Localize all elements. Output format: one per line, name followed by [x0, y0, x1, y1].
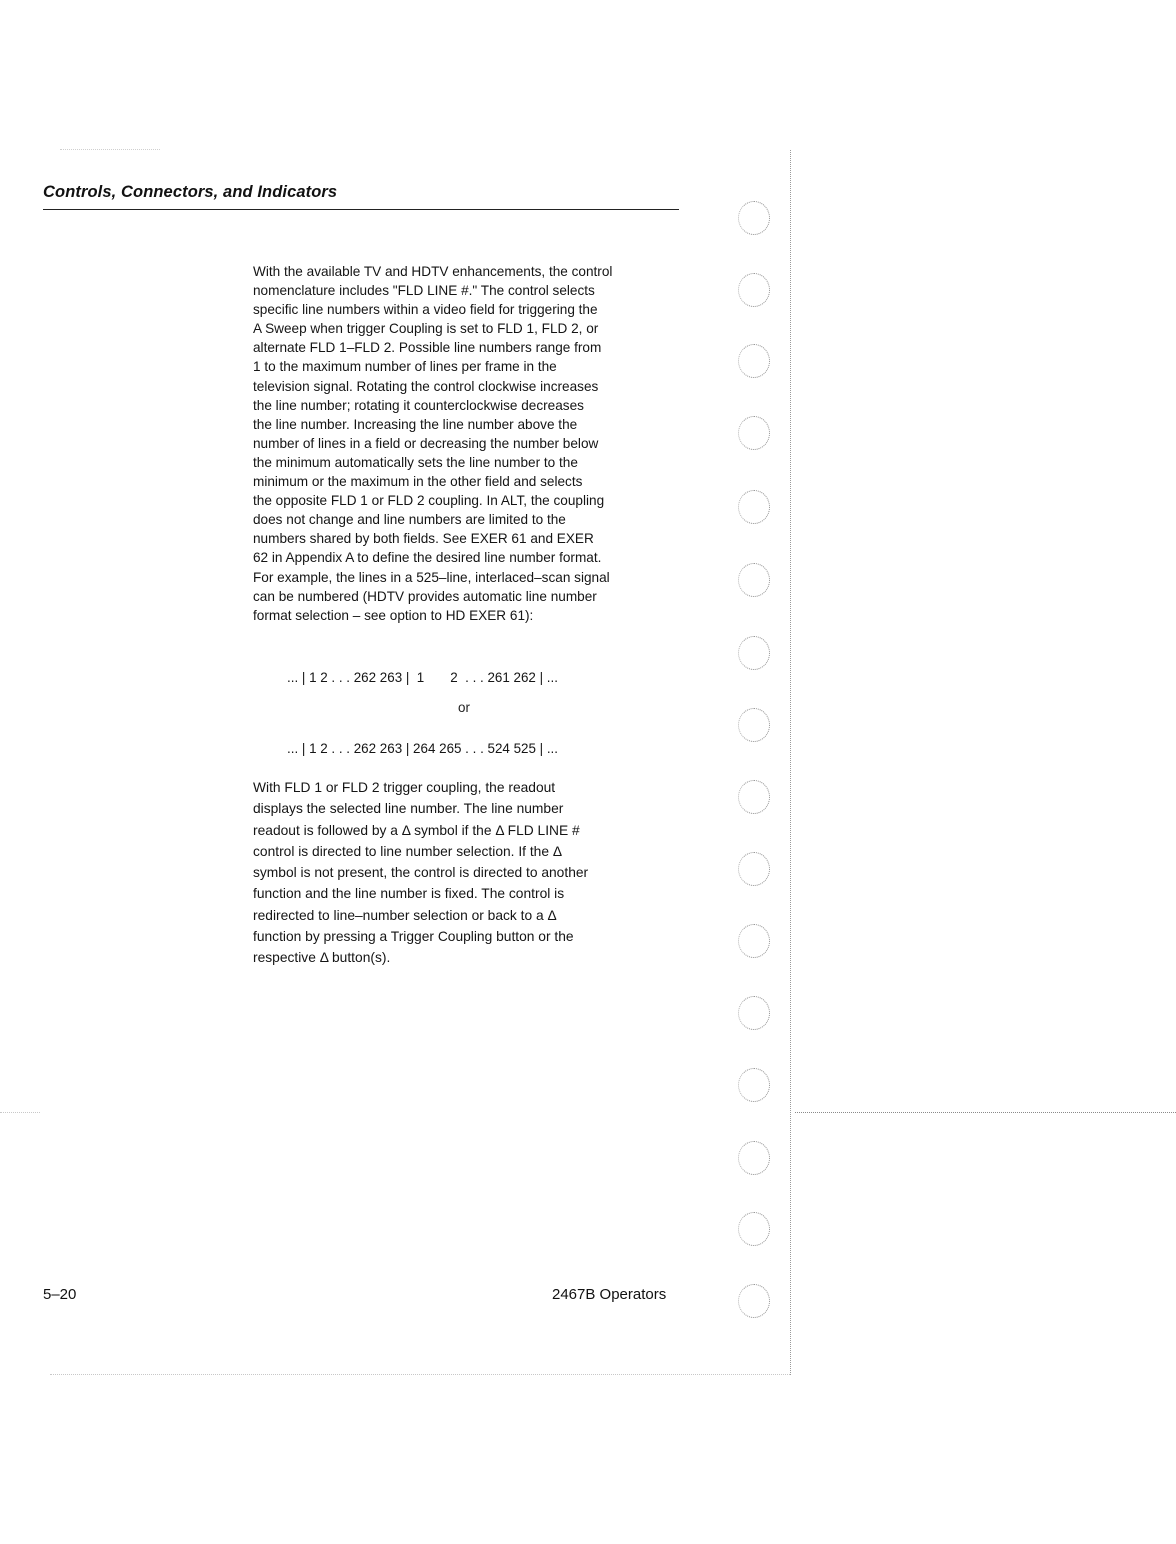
paragraph-line-number-control: With the available TV and HDTV enhanceme…: [253, 262, 681, 625]
text-line: 62 in Appendix A to define the desired l…: [253, 548, 681, 567]
top-scan-dots: [60, 149, 160, 150]
text-line: For example, the lines in a 525–line, in…: [253, 568, 681, 587]
text-line: the line number; rotating it countercloc…: [253, 396, 681, 415]
page-edge-line: [790, 150, 791, 1375]
text-line: A Sweep when trigger Coupling is set to …: [253, 319, 681, 338]
manual-title: 2467B Operators: [552, 1286, 666, 1303]
binder-hole-icon: [738, 1212, 770, 1246]
text-line: can be numbered (HDTV provides automatic…: [253, 587, 681, 606]
binder-hole-icon: [738, 416, 770, 450]
text-line: respective Δ button(s).: [253, 947, 681, 968]
binder-hole-icon: [738, 708, 770, 742]
text-line: displays the selected line number. The l…: [253, 798, 681, 819]
text-line: format selection – see option to HD EXER…: [253, 606, 681, 625]
binder-hole-icon: [738, 780, 770, 814]
section-header: Controls, Connectors, and Indicators: [43, 183, 337, 202]
text-line: television signal. Rotating the control …: [253, 377, 681, 396]
line-sequence-example-2: ... | 1 2 . . . 262 263 | 264 265 . . . …: [287, 741, 558, 756]
text-line: function and the line number is fixed. T…: [253, 883, 681, 904]
text-line: 1 to the maximum number of lines per fra…: [253, 357, 681, 376]
binder-hole-icon: [738, 996, 770, 1030]
line-sequence-example-1: ... | 1 2 . . . 262 263 | 1 2 . . . 261 …: [287, 670, 558, 685]
text-line: the opposite FLD 1 or FLD 2 coupling. In…: [253, 491, 681, 510]
bottom-edge-dots: [50, 1374, 790, 1375]
binder-hole-icon: [738, 852, 770, 886]
text-line: minimum or the maximum in the other fiel…: [253, 472, 681, 491]
binder-hole-icon: [738, 1068, 770, 1102]
binder-hole-icon: [738, 273, 770, 307]
binder-hole-icon: [738, 201, 770, 235]
binder-hole-icon: [738, 924, 770, 958]
sequence-or-label: or: [458, 700, 470, 715]
text-line: alternate FLD 1–FLD 2. Possible line num…: [253, 338, 681, 357]
text-line: control is directed to line number selec…: [253, 841, 681, 862]
text-line: With the available TV and HDTV enhanceme…: [253, 262, 681, 281]
text-line: With FLD 1 or FLD 2 trigger coupling, th…: [253, 777, 681, 798]
binder-hole-icon: [738, 344, 770, 378]
header-rule: [43, 209, 679, 210]
text-line: nomenclature includes "FLD LINE #." The …: [253, 281, 681, 300]
text-line: symbol is not present, the control is di…: [253, 862, 681, 883]
fold-line: [795, 1112, 1176, 1113]
binder-hole-icon: [738, 1141, 770, 1175]
text-line: function by pressing a Trigger Coupling …: [253, 926, 681, 947]
binder-hole-icon: [738, 636, 770, 670]
text-line: the minimum automatically sets the line …: [253, 453, 681, 472]
text-line: redirected to line–number selection or b…: [253, 905, 681, 926]
page-number: 5–20: [43, 1286, 76, 1303]
left-edge-dots: [0, 1112, 40, 1113]
text-line: readout is followed by a Δ symbol if the…: [253, 820, 681, 841]
text-line: specific line numbers within a video fie…: [253, 300, 681, 319]
binder-hole-icon: [738, 563, 770, 597]
text-line: does not change and line numbers are lim…: [253, 510, 681, 529]
text-line: the line number. Increasing the line num…: [253, 415, 681, 434]
text-line: number of lines in a field or decreasing…: [253, 434, 681, 453]
text-line: numbers shared by both fields. See EXER …: [253, 529, 681, 548]
binder-hole-icon: [738, 1284, 770, 1318]
paragraph-readout: With FLD 1 or FLD 2 trigger coupling, th…: [253, 777, 681, 969]
binder-hole-icon: [738, 490, 770, 524]
